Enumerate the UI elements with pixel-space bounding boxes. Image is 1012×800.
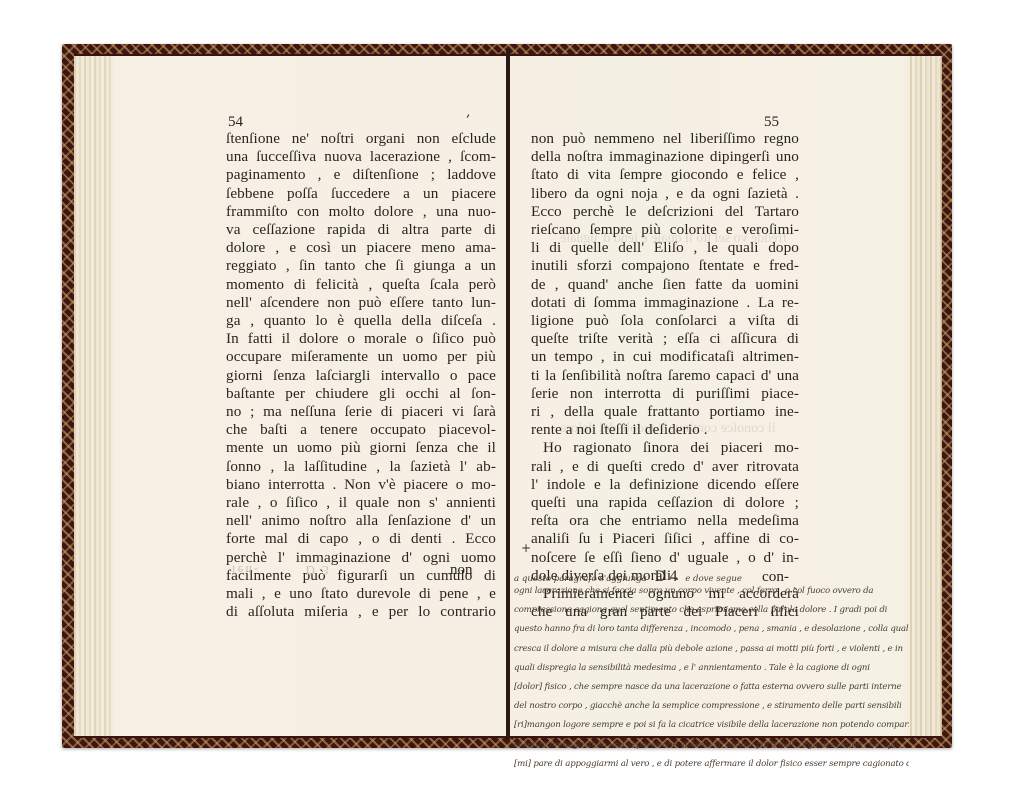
text-line: ſtato di vita ſempre giocondo e felice ,: [531, 166, 799, 184]
text-line: rale , o ſiſico , il quale non s' annien…: [226, 494, 496, 512]
text-line: ſonno , la laſſitudine , la ſazietà l' a…: [226, 458, 496, 476]
manuscript-annotation: ogni lacerazione che si faccia sopra un …: [514, 582, 909, 774]
text-line: analiſi ſu i Piaceri ſiſici , affine di …: [531, 530, 799, 548]
text-line: reggiato , ſin tanto che ſi giunga a un: [226, 257, 496, 275]
manuscript-line: si senza immaginando una separazione vio…: [514, 736, 909, 755]
text-line: ligione può ſola conſolarci a viſta di: [531, 312, 799, 330]
text-line: rieſcano ſempre più colorite e veroſimi-: [531, 221, 799, 239]
text-line: inutili sforzi compajono ſtentate e fred…: [531, 257, 799, 275]
manuscript-line: quali dispregia la sensibilità medesima …: [514, 659, 909, 678]
text-line: dotati di ſomma immaginazione . La re-: [531, 294, 799, 312]
manuscript-line: [dolor] fisico , che sempre nasce da una…: [514, 678, 909, 697]
text-line: della noſtra immaginazione dipingerſi un…: [531, 148, 799, 166]
text-line: va ceſſazione rapida di altra parte di: [226, 221, 496, 239]
text-line: momento di felicità , queſta ſcala però: [226, 276, 496, 294]
marginal-cross-mark: +: [521, 541, 531, 555]
text-line: che baſti a tenere occupato piacevol-: [226, 421, 496, 439]
manuscript-line: [ri]mangon logore sempre e poi si fa la …: [514, 716, 909, 735]
manuscript-line: questo hanno fra di loro tanta differenz…: [514, 620, 909, 639]
text-line: rente a noi ſteſſi il deſiderio .: [531, 421, 799, 439]
book-gutter: [506, 48, 510, 740]
text-line: occupare miſeramente un uomo per più: [226, 348, 496, 366]
show-through-signature: ſen- D 3: [232, 562, 331, 578]
text-line: li di quelle dell' Eliſo , le quali dopo: [531, 239, 799, 257]
text-line: mente un uomo più giorni ſenza che il: [226, 439, 496, 457]
text-line: mali , e uno ſtato durevole di pene , e: [226, 585, 496, 603]
right-page-body: non può nemmeno nel liberiſſimo regno de…: [531, 130, 799, 621]
text-line: l' indole e la definizione dicendo eſſer…: [531, 476, 799, 494]
text-line: giorni ſenza laſciargli intervallo o pac…: [226, 367, 496, 385]
text-line: ſtenſione ne' noſtri organi non eſclude: [226, 130, 496, 148]
page-number-right: 55: [764, 114, 779, 131]
text-line: nell' animo noſtro alla ſenſazione d' un: [226, 512, 496, 530]
text-line: di aſſoluta miſeria , e per lo contrario: [226, 603, 496, 621]
text-line: paginamento , e diſtenſione ; laddove: [226, 166, 496, 184]
text-line: una ſucceſſiva nuova lacerazione , ſcom-: [226, 148, 496, 166]
text-line: ti la ſenſibilità noſtra ſaremo capaci d…: [531, 367, 799, 385]
text-line: libero da ogni noja , e da ogni ſazietà …: [531, 185, 799, 203]
text-line: ri , della quale frattanto portiamo ine-: [531, 403, 799, 421]
text-line: Ho ragionato ſinora dei piaceri mo-: [531, 439, 799, 457]
text-line: ſerie non interrotta di puriſſimi piace-: [531, 385, 799, 403]
left-page-body: ſtenſione ne' noſtri organi non eſclude …: [226, 130, 496, 621]
text-line: forte mal di capo , o di denti . Ecco: [226, 530, 496, 548]
text-line: queſte triſte verità ; eſſa ci aſſicura …: [531, 330, 799, 348]
text-line: non può nemmeno nel liberiſſimo regno: [531, 130, 799, 148]
text-line: queſti una rapida ceſſazion di dolore ;: [531, 494, 799, 512]
text-line: reſta ora che entriamo nella medeſima: [531, 512, 799, 530]
right-page-edges: [910, 56, 942, 736]
text-line: frammiſto con molto dolore , una nuo-: [226, 203, 496, 221]
ink-mark: ,: [466, 104, 470, 120]
text-line: rali , e di queſti credo d' aver ritrova…: [531, 458, 799, 476]
text-line: In fatti il dolore o morale o ſiſico può: [226, 330, 496, 348]
manuscript-line: ogni lacerazione che si faccia sopra un …: [514, 582, 909, 601]
text-line: baſtante per chiudere gli occhi al ſon-: [226, 385, 496, 403]
text-line: noſcere ſe eſſi ſieno d' uguale , o d' i…: [531, 549, 799, 567]
text-line: nell' aſcendere non può eſſere tanto lun…: [226, 294, 496, 312]
page-number-left: 54: [228, 114, 243, 131]
text-line: ga , quanto lo è quella della diſceſa .: [226, 312, 496, 330]
text-line: biano interrotta . Non v'è piacere o mo-: [226, 476, 496, 494]
manuscript-line: [mi] pare di appoggiarmi al vero , e di …: [514, 755, 909, 774]
text-line: un tempo , in cui modificataſi altrimen-: [531, 348, 799, 366]
text-line: no ; ma neſſuna ſerie di piaceri vi ſarà: [226, 403, 496, 421]
catchword-left: non: [450, 562, 473, 579]
manuscript-line: del nostro corpo , giacchè anche la semp…: [514, 697, 909, 716]
text-line: de , quand' anche ſien fatte da uomini: [531, 276, 799, 294]
left-page-edges: [74, 56, 114, 736]
manuscript-line: compressione cagiona quel sentimento che…: [514, 601, 909, 620]
text-line: Ecco perchè le deſcrizioni del Tartaro: [531, 203, 799, 221]
manuscript-line: cresca il dolore a misura che dalla più …: [514, 640, 909, 659]
text-line: dolore , e così un piacere meno ama-: [226, 239, 496, 257]
text-line: ſebbene poſſa ſuccedere a un piacere: [226, 185, 496, 203]
